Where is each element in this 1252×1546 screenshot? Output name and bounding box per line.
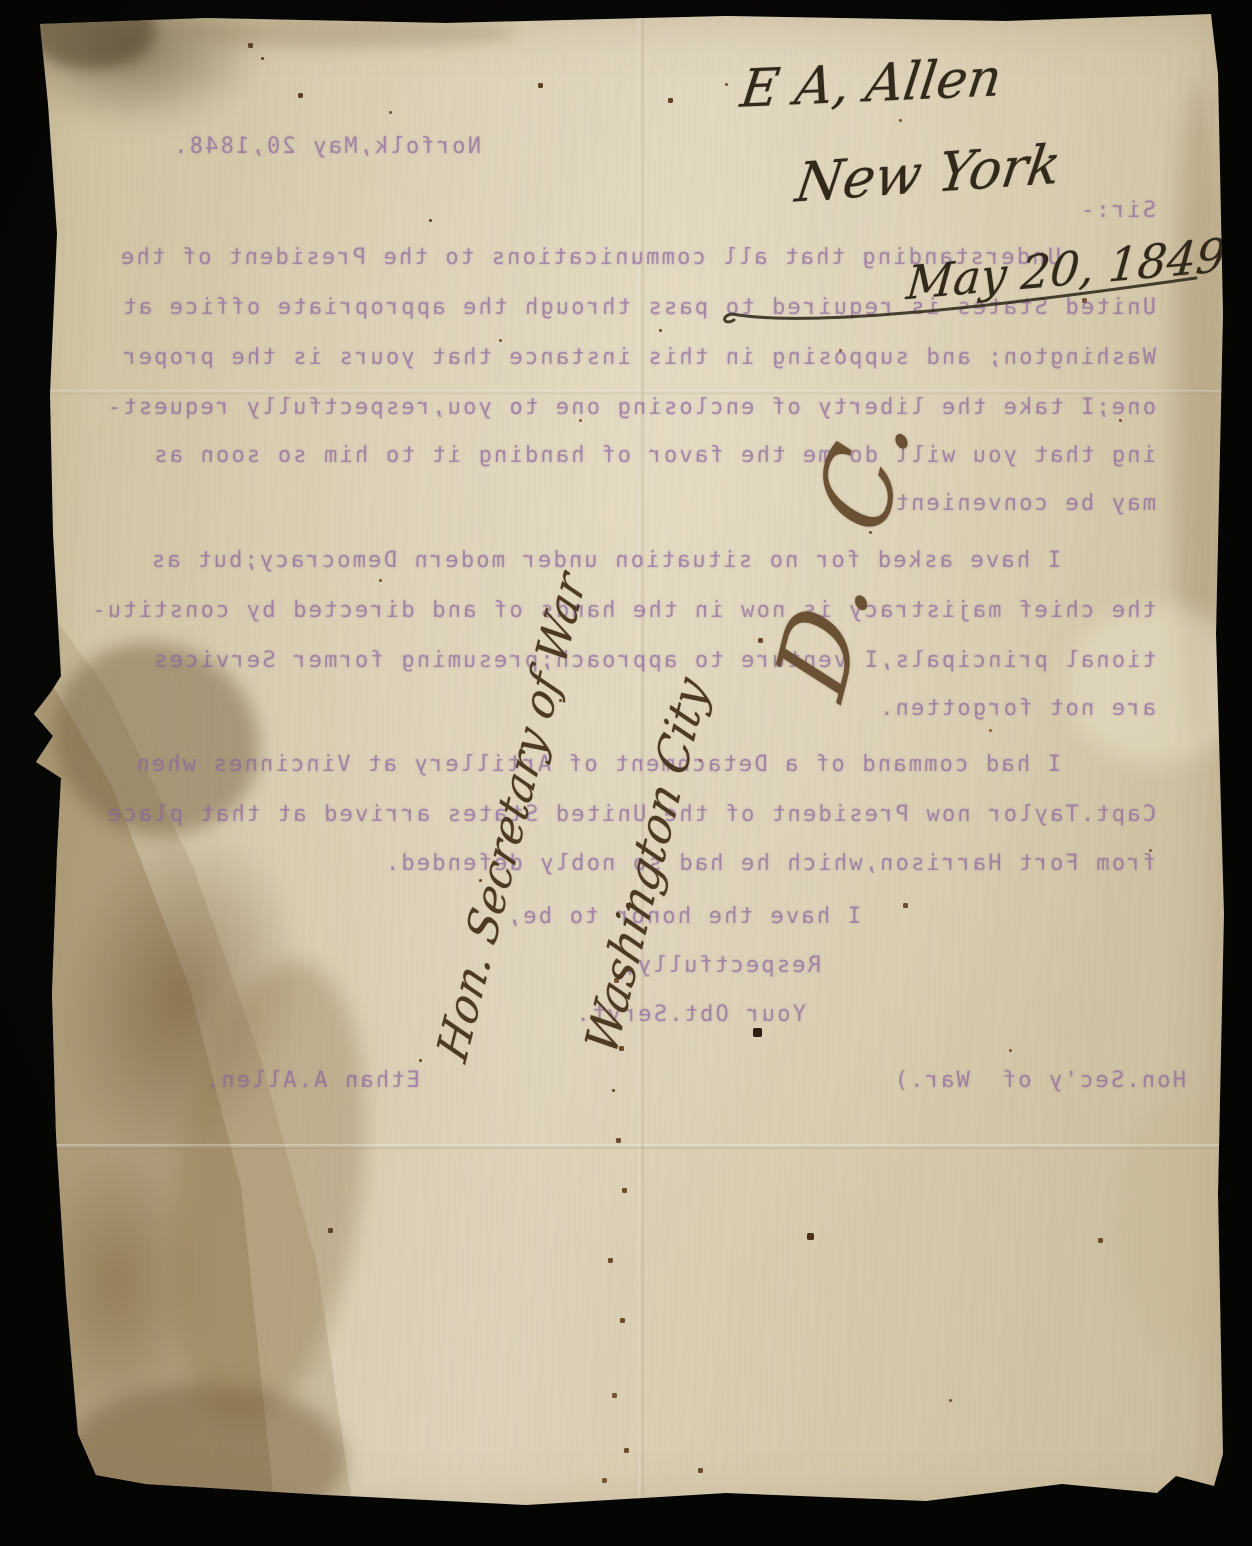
typed-line: I have the honor to be, [506,904,861,929]
stain-right-mid-patch [1116,1094,1252,1354]
typed-line: are not forgotten. [878,696,1156,721]
fold-crease-horizontal-lower [26,1144,1226,1149]
typed-line: Sir:- [1079,198,1156,223]
typed-line: one;I take the liberty of enclosing one … [106,395,1156,420]
fold-crease-horizontal-upper [26,390,1226,394]
stain-blotch-brown-3 [145,948,393,1434]
handwritten-name: E A, Allen [737,48,1005,120]
typed-bleedthrough-layer: Norfolk,May 20,1848.Sir:-Understanding t… [26,14,1226,1514]
typed-line: Washington; and supposing in this instan… [121,345,1156,370]
stain-top-left-core [26,0,156,69]
stain-right-edge [1174,84,1222,744]
handwritten-address-line2: Washington City [575,669,718,1062]
typed-line: Norfolk,May 20,1848. [172,134,481,159]
stain-blotch-brown-1 [25,804,339,1188]
photo-background: Norfolk,May 20,1848.Sir:-Understanding t… [0,0,1252,1546]
handwritten-date: May 20, 1849 [904,228,1228,311]
typed-line: the chief majistracy is now in the hands… [90,598,1156,623]
letter-page: Norfolk,May 20,1848.Sir:-Understanding t… [26,14,1226,1514]
stain-blotch-brown-2 [34,1149,199,1414]
typed-line: tional principals,I venture to approach;… [152,648,1156,673]
stain-wash-dark-edge [21,610,290,869]
stain-lower-left-wash-inner [26,604,456,1514]
typed-line: I had command of a Detachment of Artille… [134,752,1061,777]
stain-top-edge-streak [166,18,516,48]
handwritten-place: New York [792,132,1065,214]
typed-line: Hon.Sec'y of War.) [893,1068,1186,1093]
paper-texture [26,14,1226,1514]
typed-line: I have asked for no situation under mode… [150,548,1061,573]
stain-bottom-left-corner [66,1384,346,1534]
typed-line: Ethan A.Allen. [204,1068,420,1093]
handwritten-address-line1: Hon. Secretary of War [428,565,596,1070]
foxing-spots [26,14,27,15]
handwritten-address-line3: D. C. [754,383,935,713]
typed-line: may be convenient. [878,491,1156,516]
stain-right-pale-spot [1066,604,1246,764]
typed-line: ing that you will do me the favor of han… [152,443,1156,468]
stain-top-left-corner [0,0,266,129]
